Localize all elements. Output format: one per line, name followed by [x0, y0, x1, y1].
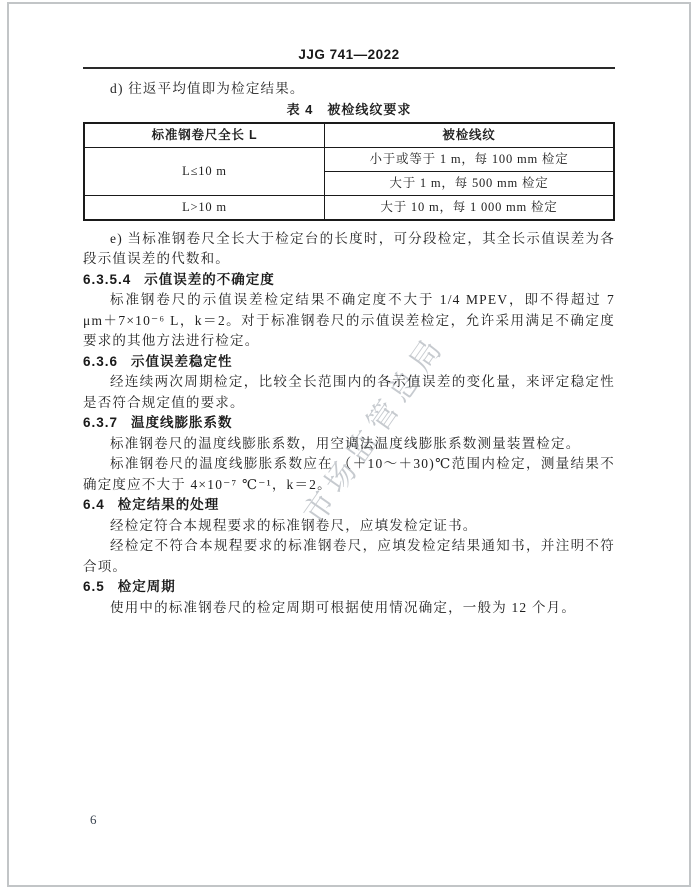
table-cell-rule-500mm: 大于 1 m，每 500 mm 检定: [325, 171, 615, 195]
section-heading-64: 6.4检定结果的处理: [83, 495, 615, 516]
section-title: 温度线膨胀系数: [131, 415, 233, 430]
section-title: 示值误差稳定性: [131, 354, 233, 369]
table-row: L≤10 m 小于或等于 1 m，每 100 mm 检定: [84, 147, 614, 171]
section-title: 检定结果的处理: [118, 497, 220, 512]
section-title: 检定周期: [118, 579, 176, 594]
table-caption-label: 表 4: [287, 102, 314, 117]
list-item-e: e) 当标准钢卷尺全长大于检定台的长度时，可分段检定，其全长示值误差为各段示值误…: [83, 229, 615, 270]
table-caption: 表 4被检线纹要求: [83, 100, 615, 121]
section-number: 6.3.5.4: [83, 272, 131, 287]
section-number: 6.5: [83, 579, 105, 594]
table-header-row: 标准钢卷尺全长 L 被检线纹: [84, 123, 614, 147]
document-content: d) 往返平均值即为检定结果。 表 4被检线纹要求 标准钢卷尺全长 L 被检线纹…: [83, 79, 615, 618]
section-paragraph: 标准钢卷尺的温度线膨胀系数应在 （＋10～＋30)℃范围内检定，测量结果不确定度…: [83, 454, 615, 495]
section-heading-636: 6.3.6示值误差稳定性: [83, 352, 615, 373]
table-caption-text: 被检线纹要求: [327, 102, 411, 117]
section-paragraph: 标准钢卷尺的示值误差检定结果不确定度不大于 1/4 MPEV，即不得超过 7 μ…: [83, 290, 615, 352]
section-number: 6.4: [83, 497, 105, 512]
section-paragraph: 经检定不符合本规程要求的标准钢卷尺，应填发检定结果通知书，并注明不符合项。: [83, 536, 615, 577]
header-title: JJG 741—2022: [83, 47, 615, 62]
section-heading-6354: 6.3.5.4示值误差的不确定度: [83, 270, 615, 291]
page-number: 6: [90, 812, 97, 828]
table-header-col2: 被检线纹: [325, 123, 615, 147]
section-number: 6.3.7: [83, 415, 118, 430]
table-cell-length-le10: L≤10 m: [84, 147, 325, 195]
section-heading-637: 6.3.7温度线膨胀系数: [83, 413, 615, 434]
section-number: 6.3.6: [83, 354, 118, 369]
section-heading-65: 6.5检定周期: [83, 577, 615, 598]
table-cell-rule-100mm: 小于或等于 1 m，每 100 mm 检定: [325, 147, 615, 171]
section-paragraph: 标准钢卷尺的温度线膨胀系数，用空调法温度线膨胀系数测量装置检定。: [83, 434, 615, 455]
section-paragraph: 使用中的标准钢卷尺的检定周期可根据使用情况确定，一般为 12 个月。: [83, 598, 615, 619]
table-4-inspected-lines: 标准钢卷尺全长 L 被检线纹 L≤10 m 小于或等于 1 m，每 100 mm…: [83, 122, 615, 221]
table-cell-length-gt10: L>10 m: [84, 195, 325, 220]
section-title: 示值误差的不确定度: [144, 272, 275, 287]
table-row: L>10 m 大于 10 m，每 1 000 mm 检定: [84, 195, 614, 220]
list-item-d: d) 往返平均值即为检定结果。: [83, 79, 615, 100]
table-header-col1: 标准钢卷尺全长 L: [84, 123, 325, 147]
header-rule: [83, 67, 615, 69]
section-paragraph: 经检定符合本规程要求的标准钢卷尺，应填发检定证书。: [83, 516, 615, 537]
table-cell-rule-1000mm: 大于 10 m，每 1 000 mm 检定: [325, 195, 615, 220]
section-paragraph: 经连续两次周期检定，比较全长范围内的各示值误差的变化量，来评定稳定性是否符合规定…: [83, 372, 615, 413]
